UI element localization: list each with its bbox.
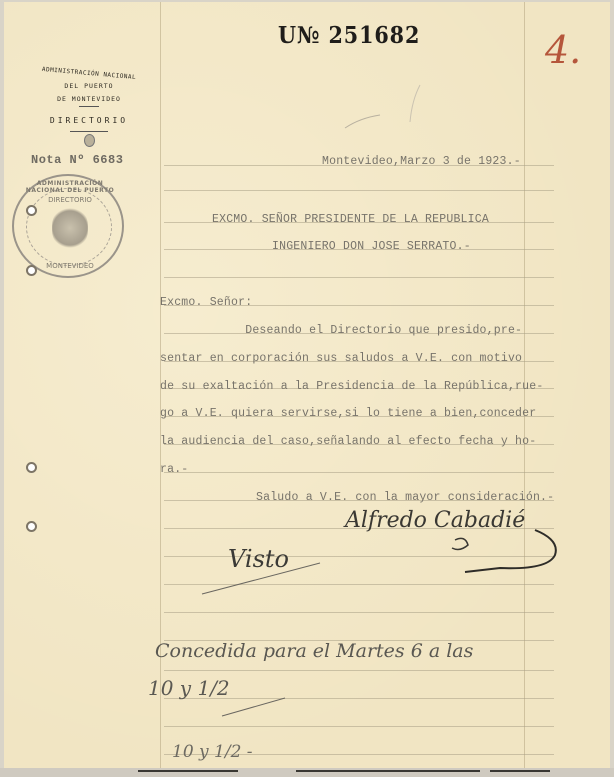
note-underline [0, 0, 614, 777]
handwritten-note-line3: 10 y 1/2 - [172, 742, 253, 762]
